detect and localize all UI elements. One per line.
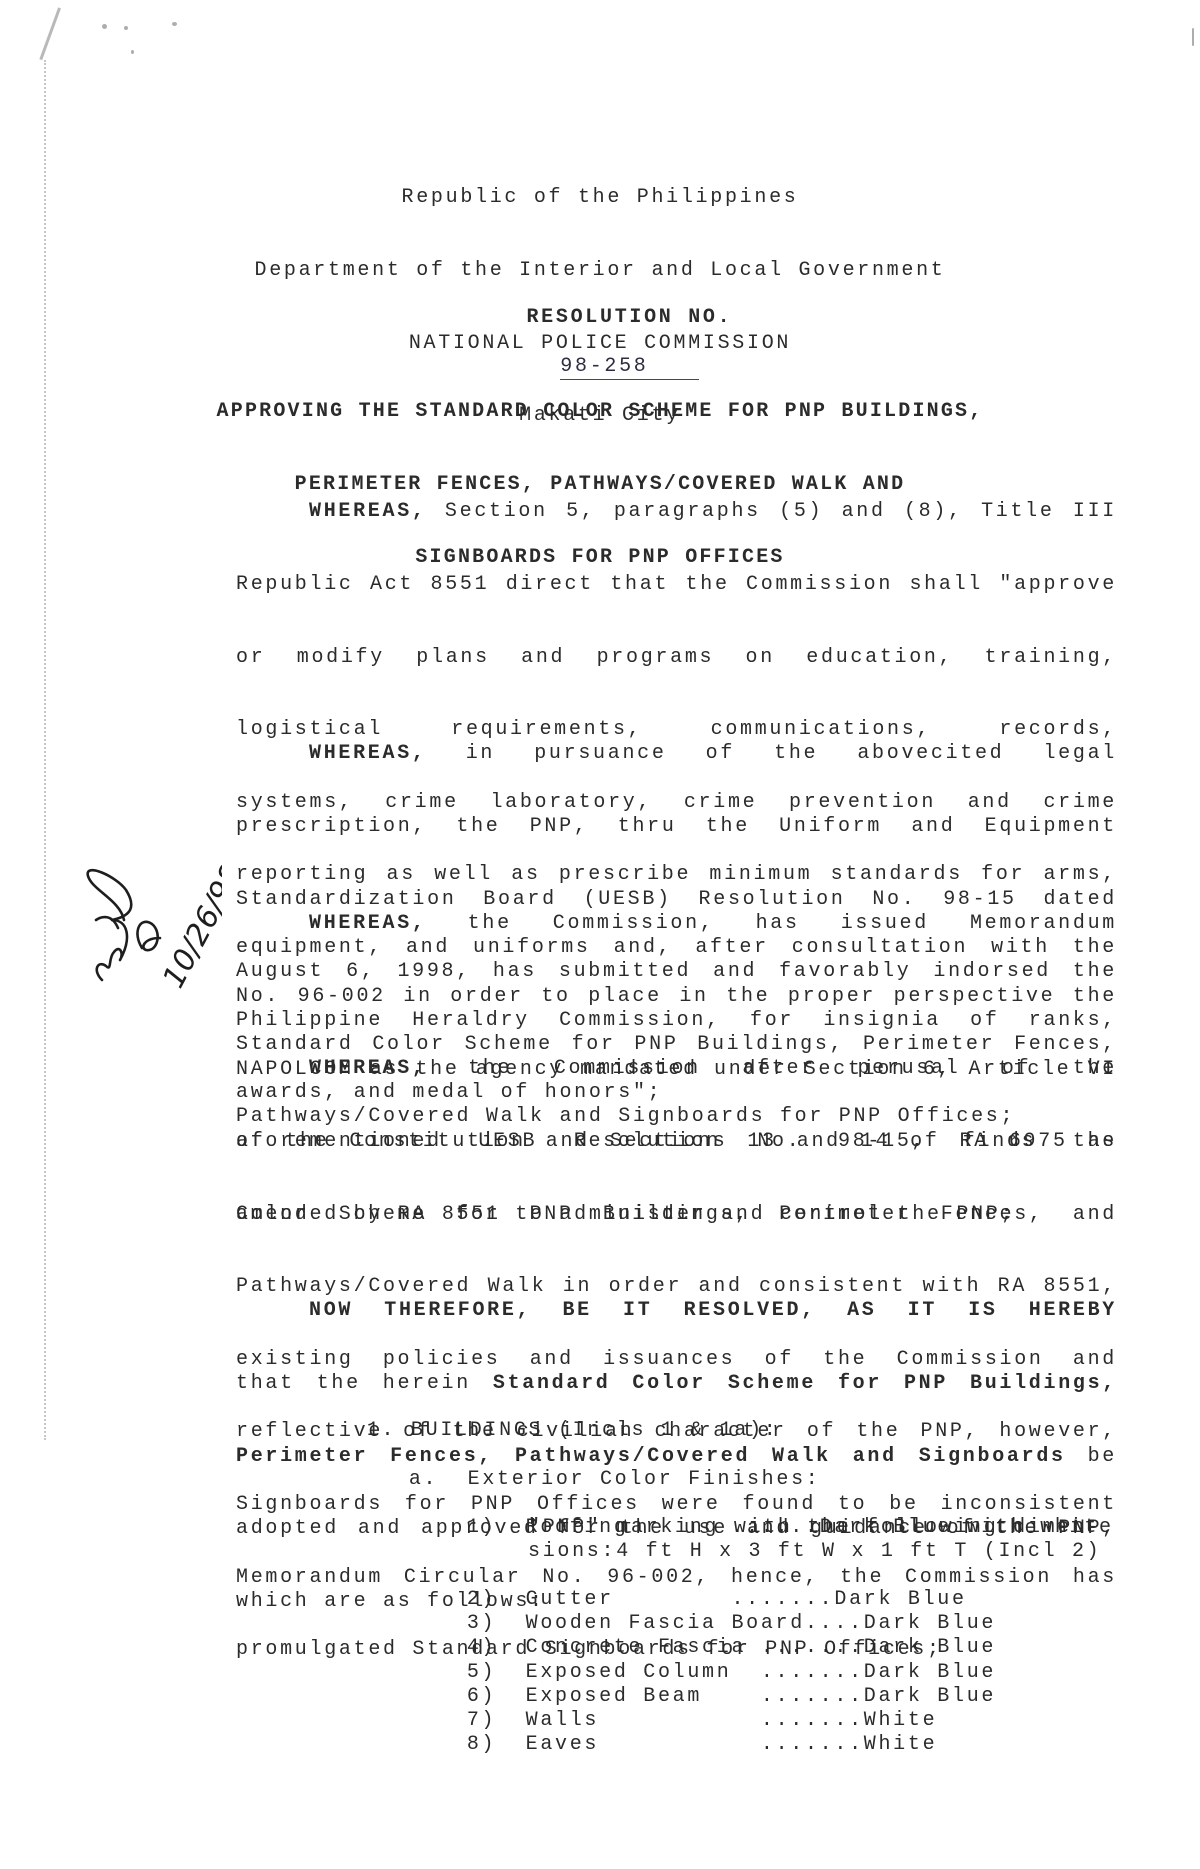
- item-part: Eaves: [526, 1733, 600, 1756]
- item-number: 1): [467, 1516, 496, 1539]
- item-number: 8): [467, 1733, 496, 1756]
- title-line: APPROVING THE STANDARD COLOR SCHEME FOR …: [0, 400, 1200, 424]
- annotation-date: 10/26/98: [156, 858, 222, 993]
- paragraph-line: in pursuance of the abovecited legal: [427, 742, 1117, 765]
- scan-speck: [1192, 28, 1194, 46]
- document-page: Republic of the Philippines Department o…: [0, 0, 1200, 1869]
- resolution-label: RESOLUTION NO.: [526, 306, 732, 329]
- subsection-letter: a.: [409, 1468, 438, 1491]
- paragraph-line: the Commission, has issued Memorandum Ci…: [309, 912, 1117, 936]
- scan-speck: [124, 26, 128, 30]
- paragraph-line: the Commission after perusal of the: [427, 1057, 1117, 1080]
- paragraph-line: or modify plans and programs on educatio…: [236, 646, 1117, 670]
- paragraph-line: Color Scheme for PNP Buildings, Perimete…: [236, 1203, 1117, 1227]
- whereas-lead: WHEREAS,: [309, 912, 427, 935]
- scan-speck: [172, 22, 177, 26]
- scan-artifact-mark: [39, 7, 81, 67]
- scan-speck: [102, 24, 107, 29]
- paragraph-line: aforementioned UESB Resolution No. 98-15…: [236, 1130, 1117, 1154]
- whereas-lead: WHEREAS,: [309, 742, 427, 765]
- subsection-heading: Exterior Color Finishes:: [468, 1468, 821, 1491]
- signature-icon: 10/26/98: [62, 820, 222, 1010]
- letterhead-country: Republic of the Philippines: [0, 186, 1200, 210]
- whereas-lead: WHEREAS,: [309, 1057, 427, 1080]
- paragraph-line: Republic Act 8551 direct that the Commis…: [236, 573, 1117, 597]
- item-leader: .......: [599, 1733, 864, 1756]
- scan-speck: [131, 50, 134, 54]
- resolved-lead: NOW THEREFORE, BE IT RESOLVED, AS IT IS …: [236, 1299, 1117, 1323]
- letterhead-department: Department of the Interior and Local Gov…: [0, 259, 1200, 283]
- paragraph-line: Section 5, paragraphs (5) and (8), Title…: [309, 500, 1117, 524]
- resolved-text: that the herein: [236, 1372, 493, 1395]
- section-heading: BUILDINGS (Incls 1 & 1a):: [411, 1419, 779, 1442]
- item-color: White: [864, 1733, 938, 1756]
- roofing-continuation-line: "PNP" marking with the following dimen-: [528, 1516, 1101, 1540]
- resolved-subject: Standard Color Scheme for PNP Buildings,: [493, 1372, 1117, 1395]
- resolved-text: be: [1066, 1445, 1117, 1468]
- roofing-continuation-line: sions:4 ft H x 3 ft W x 1 ft T (Incl 2): [528, 1540, 1101, 1564]
- handwritten-initials-and-date: 10/26/98: [62, 820, 222, 1010]
- whereas-lead: WHEREAS,: [309, 500, 427, 523]
- section-number: 1.: [367, 1419, 396, 1442]
- paragraph-line: prescription, the PNP, thru the Uniform …: [236, 815, 1117, 839]
- color-item-eaves: 8) Eaves .......White: [408, 1709, 937, 1782]
- paragraph-line: No. 96-002 in order to place in the prop…: [236, 985, 1117, 1009]
